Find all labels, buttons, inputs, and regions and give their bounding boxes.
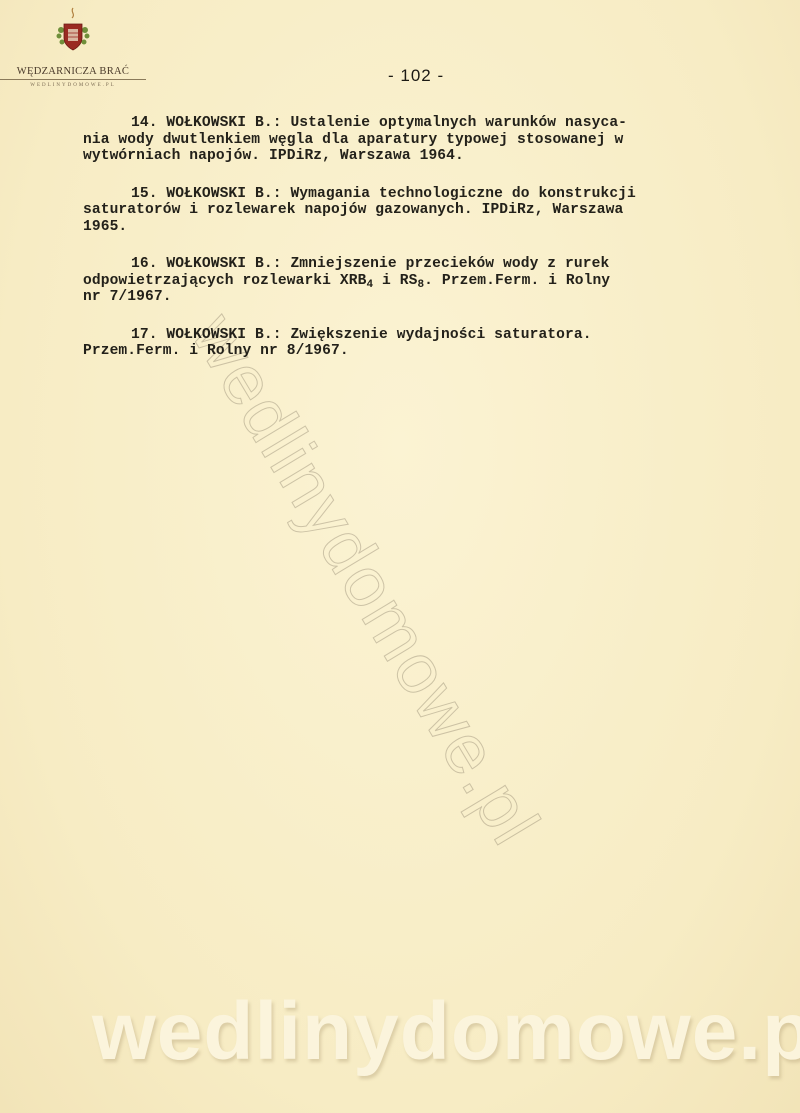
entry-line: 1965. <box>83 219 783 236</box>
bibliography-entry-16: 16. WOŁKOWSKI B.: Zmniejszenie przeciekó… <box>83 256 783 306</box>
entry-line: nr 7/1967. <box>83 289 783 306</box>
entry-text: i RS <box>373 273 417 289</box>
entry-text: odpowietrzających rozlewarki XRB <box>83 273 366 289</box>
entry-line: saturatorów i rozlewarek napojów gazowan… <box>83 202 783 219</box>
bibliography-entry-17: 17. WOŁKOWSKI B.: Zwiększenie wydajności… <box>83 327 783 360</box>
entry-line: odpowietrzających rozlewarki XRB4 i RS8.… <box>83 273 783 290</box>
entry-line: 16. WOŁKOWSKI B.: Zmniejszenie przeciekó… <box>83 256 783 273</box>
entry-line: 15. WOŁKOWSKI B.: Wymagania technologicz… <box>83 186 783 203</box>
page-number: - 102 - <box>388 66 444 86</box>
bibliography-list: 14. WOŁKOWSKI B.: Ustalenie optymalnych … <box>83 115 783 381</box>
entry-line: wytwórniach napojów. IPDiRz, Warszawa 19… <box>83 148 783 165</box>
entry-line: 14. WOŁKOWSKI B.: Ustalenie optymalnych … <box>83 115 783 132</box>
bibliography-entry-15: 15. WOŁKOWSKI B.: Wymagania technologicz… <box>83 186 783 236</box>
bibliography-entry-14: 14. WOŁKOWSKI B.: Ustalenie optymalnych … <box>83 115 783 165</box>
bottom-watermark: wedlinydomowe.pl <box>92 985 732 1079</box>
entry-line: 17. WOŁKOWSKI B.: Zwiększenie wydajności… <box>83 327 783 344</box>
logo-title: WĘDZARNICZA BRAĆ <box>0 66 146 80</box>
entry-text: . Przem.Ferm. i Rolny <box>424 273 610 289</box>
smokehouse-crest-icon <box>53 6 93 58</box>
entry-line: nia wody dwutlenkiem węgla dla aparatury… <box>83 132 783 149</box>
logo-subtitle: WEDLINYDOMOWE.PL <box>0 83 146 88</box>
site-logo: WĘDZARNICZA BRAĆ WEDLINYDOMOWE.PL <box>0 6 146 88</box>
entry-line: Przem.Ferm. i Rolny nr 8/1967. <box>83 343 783 360</box>
diagonal-watermark: wedlinydomowe.pl <box>176 300 556 859</box>
